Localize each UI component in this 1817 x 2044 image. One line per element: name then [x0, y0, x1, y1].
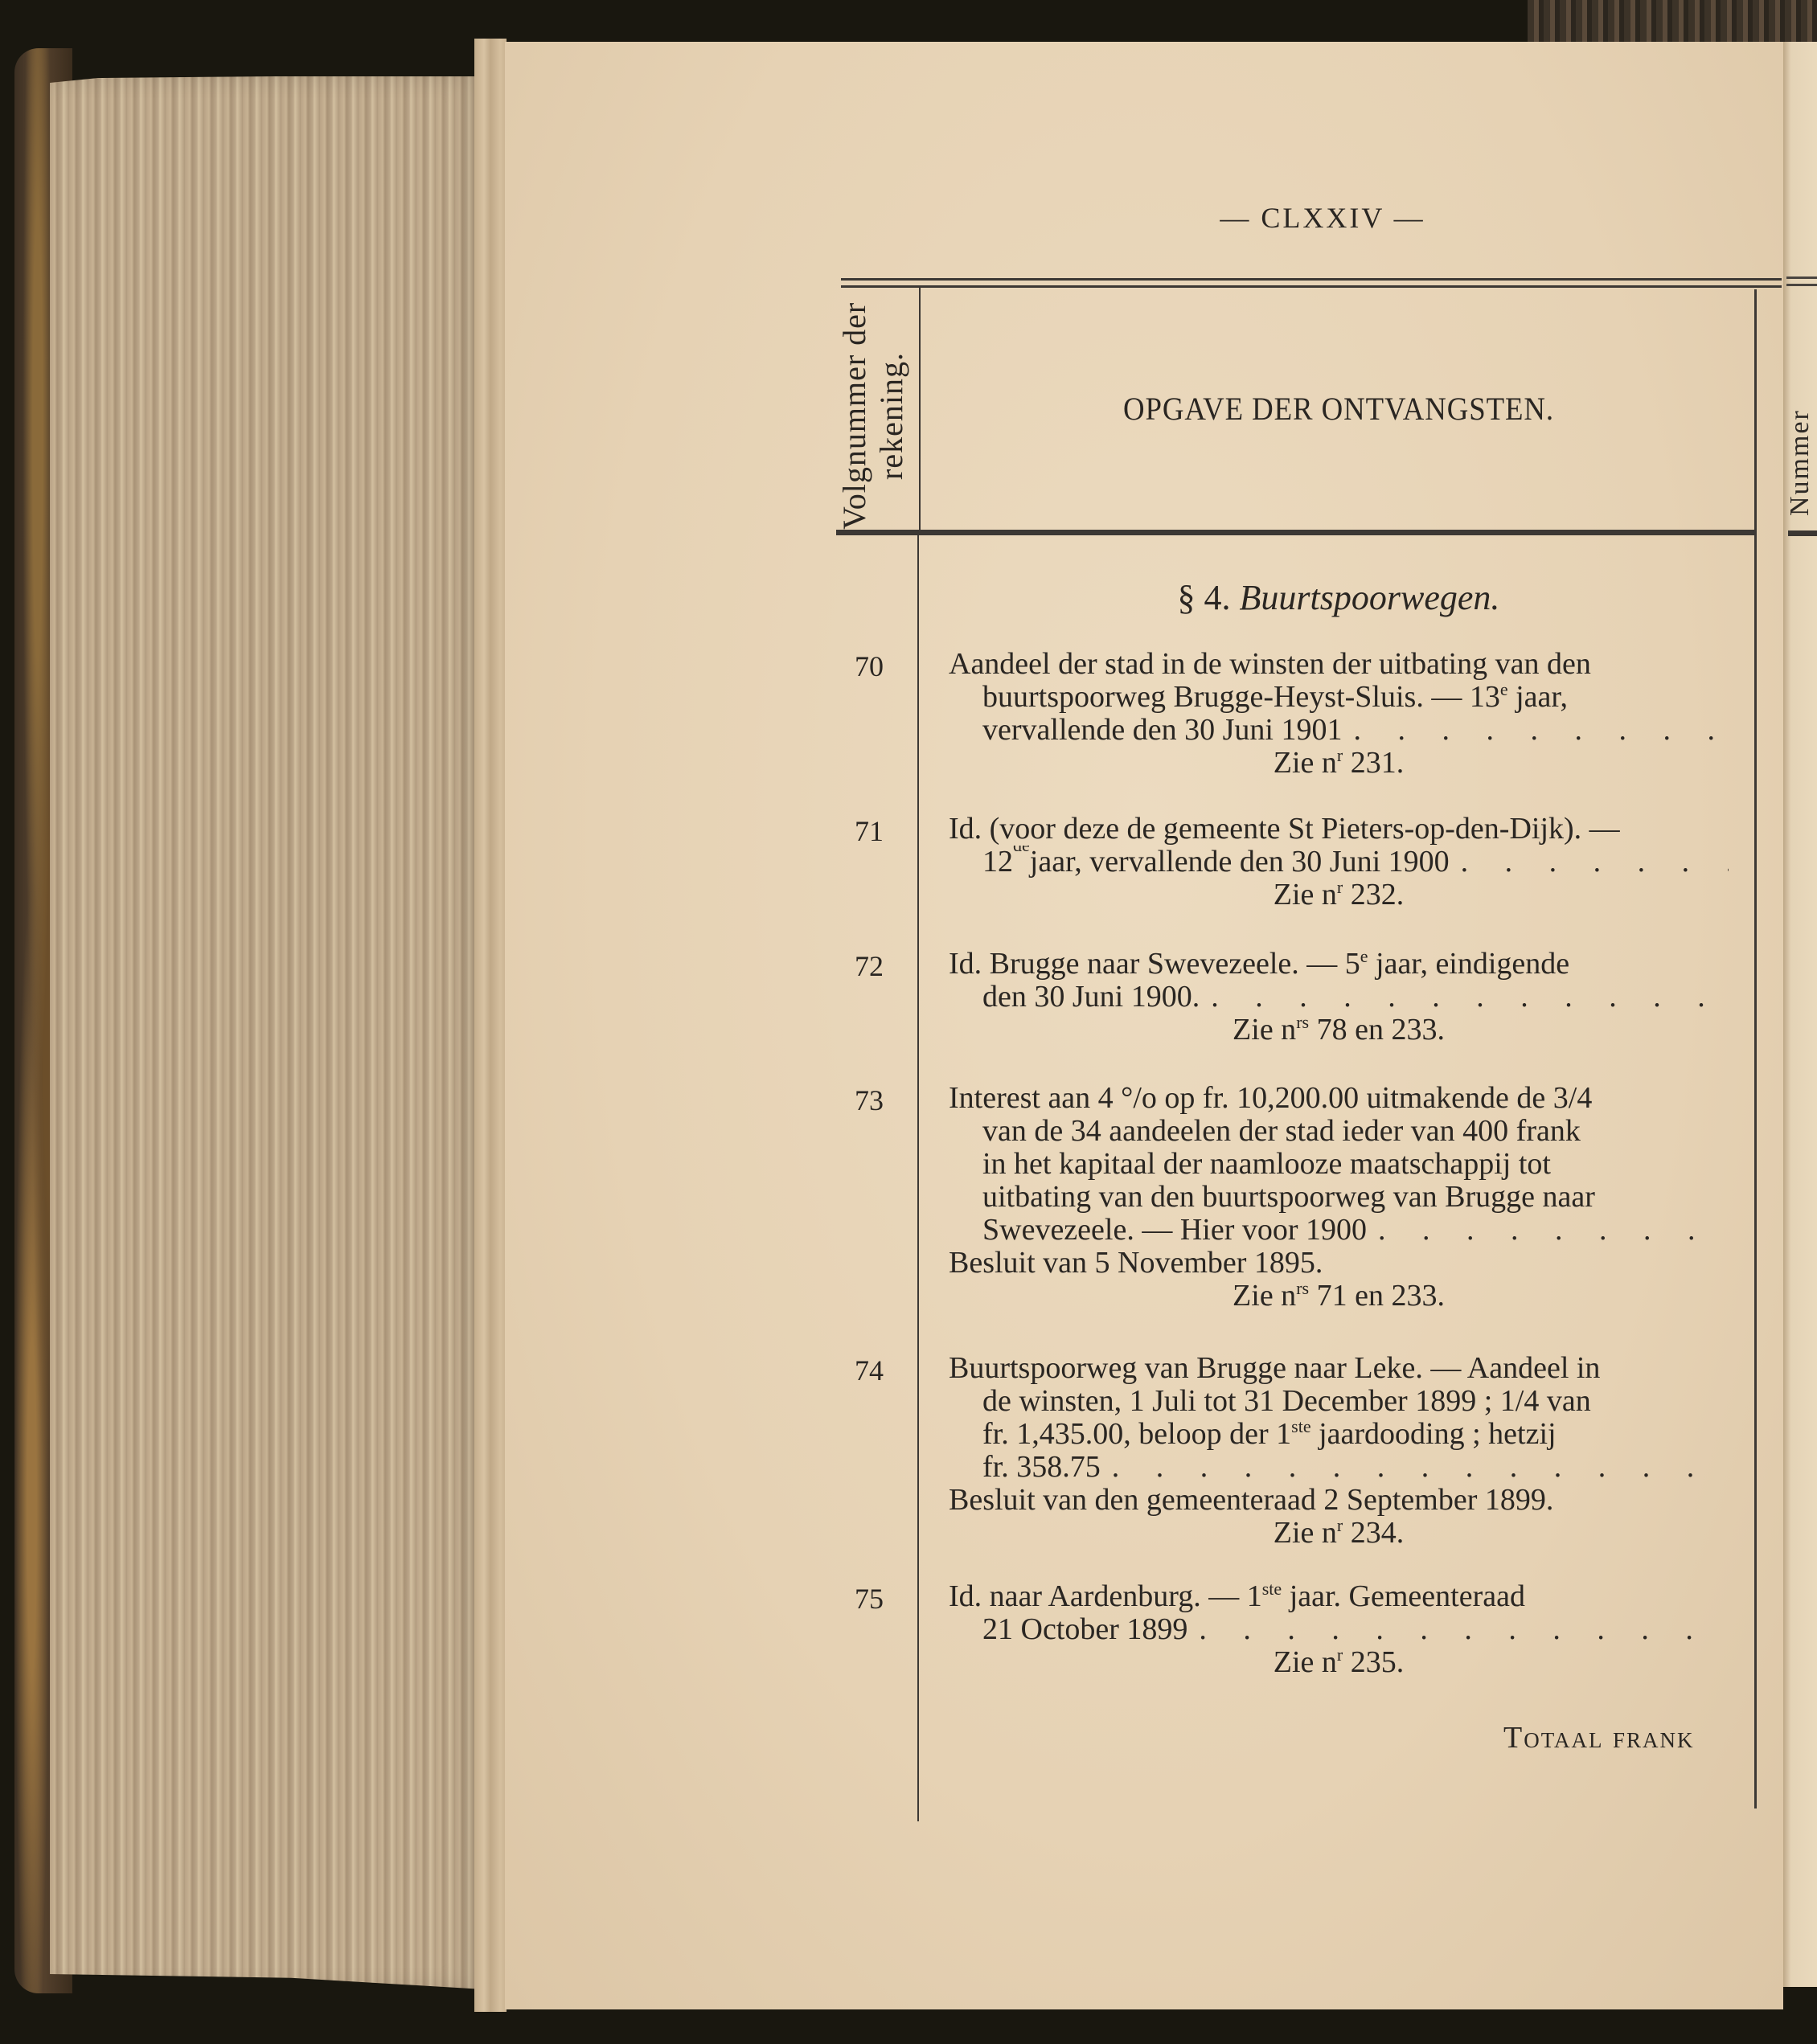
entry-line: 12dejaar, vervallende den 30 Juni 1900. … — [949, 846, 1729, 879]
entry-line: Besluit van 5 November 1895. — [949, 1247, 1729, 1280]
entry-line: vervallende den 30 Juni 1901. . . . . . … — [949, 714, 1729, 747]
superscript: ste — [1262, 1580, 1282, 1599]
entry-text: jaar, eindigende — [1376, 948, 1569, 981]
entry-line: Id. Brugge naar Swevezeele. — 5e jaar, e… — [949, 948, 1729, 981]
entry-text: jaar, — [1508, 681, 1568, 714]
entry-line: fr. 1,435.00, beloop der 1ste jaardoodin… — [949, 1418, 1729, 1451]
entry-text: jaardooding ; hetzij — [1319, 1418, 1556, 1451]
entry-reference: Zie nrs 71 en 233. — [949, 1280, 1729, 1313]
leader-dots: . . . . . . . . . . . . . . . . . . . . … — [1367, 1214, 1729, 1247]
entry-number: 73 — [836, 1083, 902, 1117]
entry-number: 72 — [836, 949, 902, 983]
next-page-rule — [1786, 276, 1817, 279]
entry-number: 74 — [836, 1354, 902, 1387]
body-column-divider — [917, 535, 919, 1821]
entry-line: Aandeel der stad in de winsten der uitba… — [949, 648, 1729, 681]
entry-number: 75 — [836, 1582, 902, 1616]
leader-dots: . . . . . . . . . . . . . . . . . . . . … — [1342, 714, 1729, 747]
entry-number: 70 — [836, 649, 902, 683]
reference-text: Zie n — [1274, 879, 1337, 911]
entry-74: Buurtspoorweg van Brugge naar Leke. — Aa… — [949, 1352, 1729, 1550]
entry-line: Swevezeele. — Hier voor 1900. . . . . . … — [949, 1214, 1729, 1247]
reference-numbers: 234. — [1343, 1517, 1404, 1550]
entry-reference: Zie nrs 78 en 233. — [949, 1014, 1729, 1047]
entry-line: Interest aan 4 °/o op fr. 10,200.00 uitm… — [949, 1082, 1729, 1115]
entry-text: jaar. Gemeenteraad — [1290, 1580, 1525, 1613]
entry-72: Id. Brugge naar Swevezeele. — 5e jaar, e… — [949, 948, 1729, 1047]
superscript: rs — [1296, 1280, 1309, 1298]
background-book-edge — [1528, 0, 1817, 42]
header-column-divider — [919, 288, 921, 530]
header-top-rule-2 — [841, 285, 1782, 288]
entry-text: den 30 Juni 1900. — [982, 981, 1200, 1014]
superscript: ste — [1291, 1418, 1310, 1436]
reference-numbers: 235. — [1343, 1646, 1404, 1679]
page-folio: — CLXXIV — — [1142, 201, 1503, 235]
entry-reference: Zie nr 235. — [949, 1646, 1729, 1679]
entry-text: Id. Brugge naar Swevezeele. — 5 — [949, 948, 1360, 981]
entry-line: in het kapitaal der naamlooze maatschapp… — [949, 1148, 1729, 1181]
leader-dots: . . . . . . . . . . . . . . . . . . . . … — [1450, 846, 1729, 879]
entry-line: de winsten, 1 Juli tot 31 December 1899 … — [949, 1385, 1729, 1418]
entry-line: 21 October 1899. . . . . . . . . . . . .… — [949, 1613, 1729, 1646]
entry-text: buurtspoorweg Brugge-Heyst-Sluis. — 13 — [982, 681, 1500, 714]
entry-line: Buurtspoorweg van Brugge naar Leke. — Aa… — [949, 1352, 1729, 1385]
reference-text: Zie n — [1233, 1280, 1296, 1313]
reference-numbers: 71 en 233. — [1309, 1280, 1445, 1313]
header-bottom-thick-rule — [836, 530, 1754, 535]
reference-numbers: 78 en 233. — [1309, 1014, 1445, 1047]
entry-75: Id. naar Aardenburg. — 1ste jaar. Gemeen… — [949, 1580, 1729, 1679]
right-table-rule — [1754, 289, 1757, 1808]
entry-text: Swevezeele. — Hier voor 1900 — [982, 1214, 1367, 1247]
header-top-rule — [841, 278, 1782, 281]
reference-text: Zie n — [1274, 747, 1337, 780]
next-page-header-label: Nummer — [1785, 307, 1817, 516]
superscript: e — [1500, 681, 1508, 699]
entry-line: Id. (voor deze de gemeente St Pieters-op… — [949, 813, 1729, 846]
reference-text: Zie n — [1233, 1014, 1296, 1047]
entry-73: Interest aan 4 °/o op fr. 10,200.00 uitm… — [949, 1082, 1729, 1313]
reference-numbers: 231. — [1343, 747, 1404, 780]
leader-dots: . . . . . . . . . . . . . . . . . . . . … — [1101, 1451, 1729, 1484]
entry-reference: Zie nr 231. — [949, 747, 1729, 780]
leader-dots: . . . . . . . . . . . . . . . . . . . . … — [1200, 981, 1729, 1014]
entry-line: Besluit van den gemeenteraad 2 September… — [949, 1484, 1729, 1517]
entry-line: fr. 358.75. . . . . . . . . . . . . . . … — [949, 1451, 1729, 1484]
reference-numbers: 232. — [1343, 879, 1404, 911]
superscript: de — [1013, 846, 1030, 879]
superscript: rs — [1296, 1014, 1309, 1032]
entry-line: van de 34 aandeelen der stad ieder van 4… — [949, 1115, 1729, 1148]
entry-text: fr. 358.75 — [982, 1451, 1101, 1484]
page-edges-stack — [50, 76, 484, 1989]
section-number: § 4. — [1178, 578, 1231, 617]
entry-text: fr. 1,435.00, beloop der 1 — [982, 1418, 1291, 1451]
entry-text: 12 — [982, 846, 1013, 879]
superscript: e — [1360, 948, 1368, 966]
entry-line: Id. naar Aardenburg. — 1ste jaar. Gemeen… — [949, 1580, 1729, 1613]
column-header-volgnummer: Volgnummer der rekening. — [836, 301, 917, 530]
next-page-strip: Nummer — [1780, 42, 1817, 1987]
entry-line: den 30 Juni 1900.. . . . . . . . . . . .… — [949, 981, 1729, 1014]
reference-text: Zie n — [1274, 1646, 1337, 1679]
column-header-opgave: OPGAVE DER ONTVANGSTEN. — [958, 390, 1720, 428]
entry-reference: Zie nr 232. — [949, 879, 1729, 911]
entry-number: 71 — [836, 814, 902, 848]
entry-text: 21 October 1899 — [982, 1613, 1187, 1646]
entry-text: vervallende den 30 Juni 1901 — [982, 714, 1342, 747]
total-label: Totaal frank — [1503, 1720, 1695, 1755]
entry-70: Aandeel der stad in de winsten der uitba… — [949, 648, 1729, 780]
page-edge-fold — [474, 39, 507, 2012]
entry-line: uitbating van den buurtspoorweg van Brug… — [949, 1181, 1729, 1214]
entry-line: buurtspoorweg Brugge-Heyst-Sluis. — 13e … — [949, 681, 1729, 714]
section-title: Buurtspoorwegen. — [1240, 578, 1500, 617]
entry-text: jaar, vervallende den 30 Juni 1900 — [1030, 846, 1450, 879]
entry-text: Id. naar Aardenburg. — 1 — [949, 1580, 1262, 1613]
next-page-rule — [1786, 284, 1817, 286]
entry-reference: Zie nr 234. — [949, 1517, 1729, 1550]
leader-dots: . . . . . . . . . . . . . . . . . . . . … — [1187, 1613, 1729, 1646]
next-page-thick-rule — [1788, 530, 1817, 536]
entry-71: Id. (voor deze de gemeente St Pieters-op… — [949, 813, 1729, 911]
reference-text: Zie n — [1274, 1517, 1337, 1550]
section-heading: § 4. Buurtspoorwegen. — [925, 577, 1753, 618]
